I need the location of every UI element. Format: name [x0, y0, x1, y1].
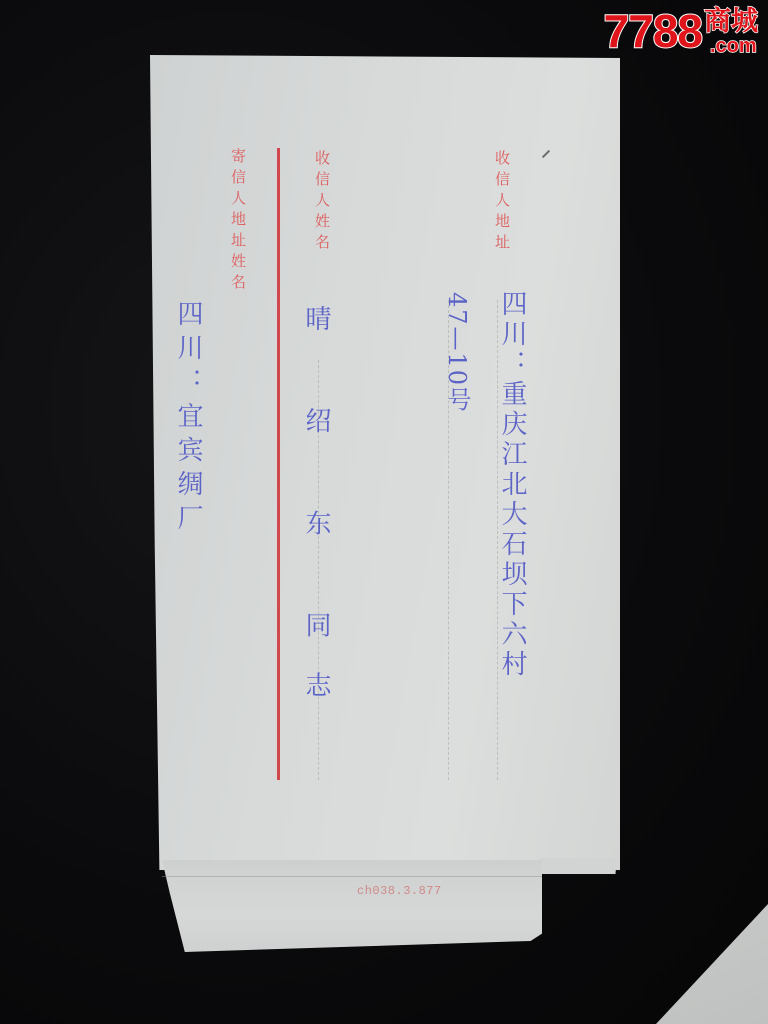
site-watermark: 7788 商城 .com — [604, 8, 758, 56]
red-divider-line — [277, 148, 280, 780]
watermark-chinese: 商城 — [704, 8, 758, 36]
envelope-flap-right — [540, 858, 617, 874]
printed-code: ch038.3.877 — [357, 884, 442, 898]
label-recipient-address: 收信人地址 — [492, 150, 513, 255]
envelope-body — [150, 55, 620, 870]
handwritten-house-number: 47—10号 — [440, 292, 475, 413]
watermark-number: 7788 — [604, 8, 702, 54]
fold-line — [162, 876, 542, 877]
handwritten-recipient-address: 四川：重庆江北大石坝下六村 — [494, 290, 531, 780]
handwritten-sender: 四川：宜宾绸厂 — [170, 300, 207, 538]
watermark-domain: .com — [710, 36, 758, 56]
label-recipient-name: 收信人姓名 — [312, 150, 333, 255]
handwritten-recipient-name: 晴 绍 东 同志 — [298, 305, 335, 732]
envelope-bottom-flap — [162, 860, 542, 952]
label-sender-address-name: 寄信人地址姓名 — [228, 148, 249, 295]
